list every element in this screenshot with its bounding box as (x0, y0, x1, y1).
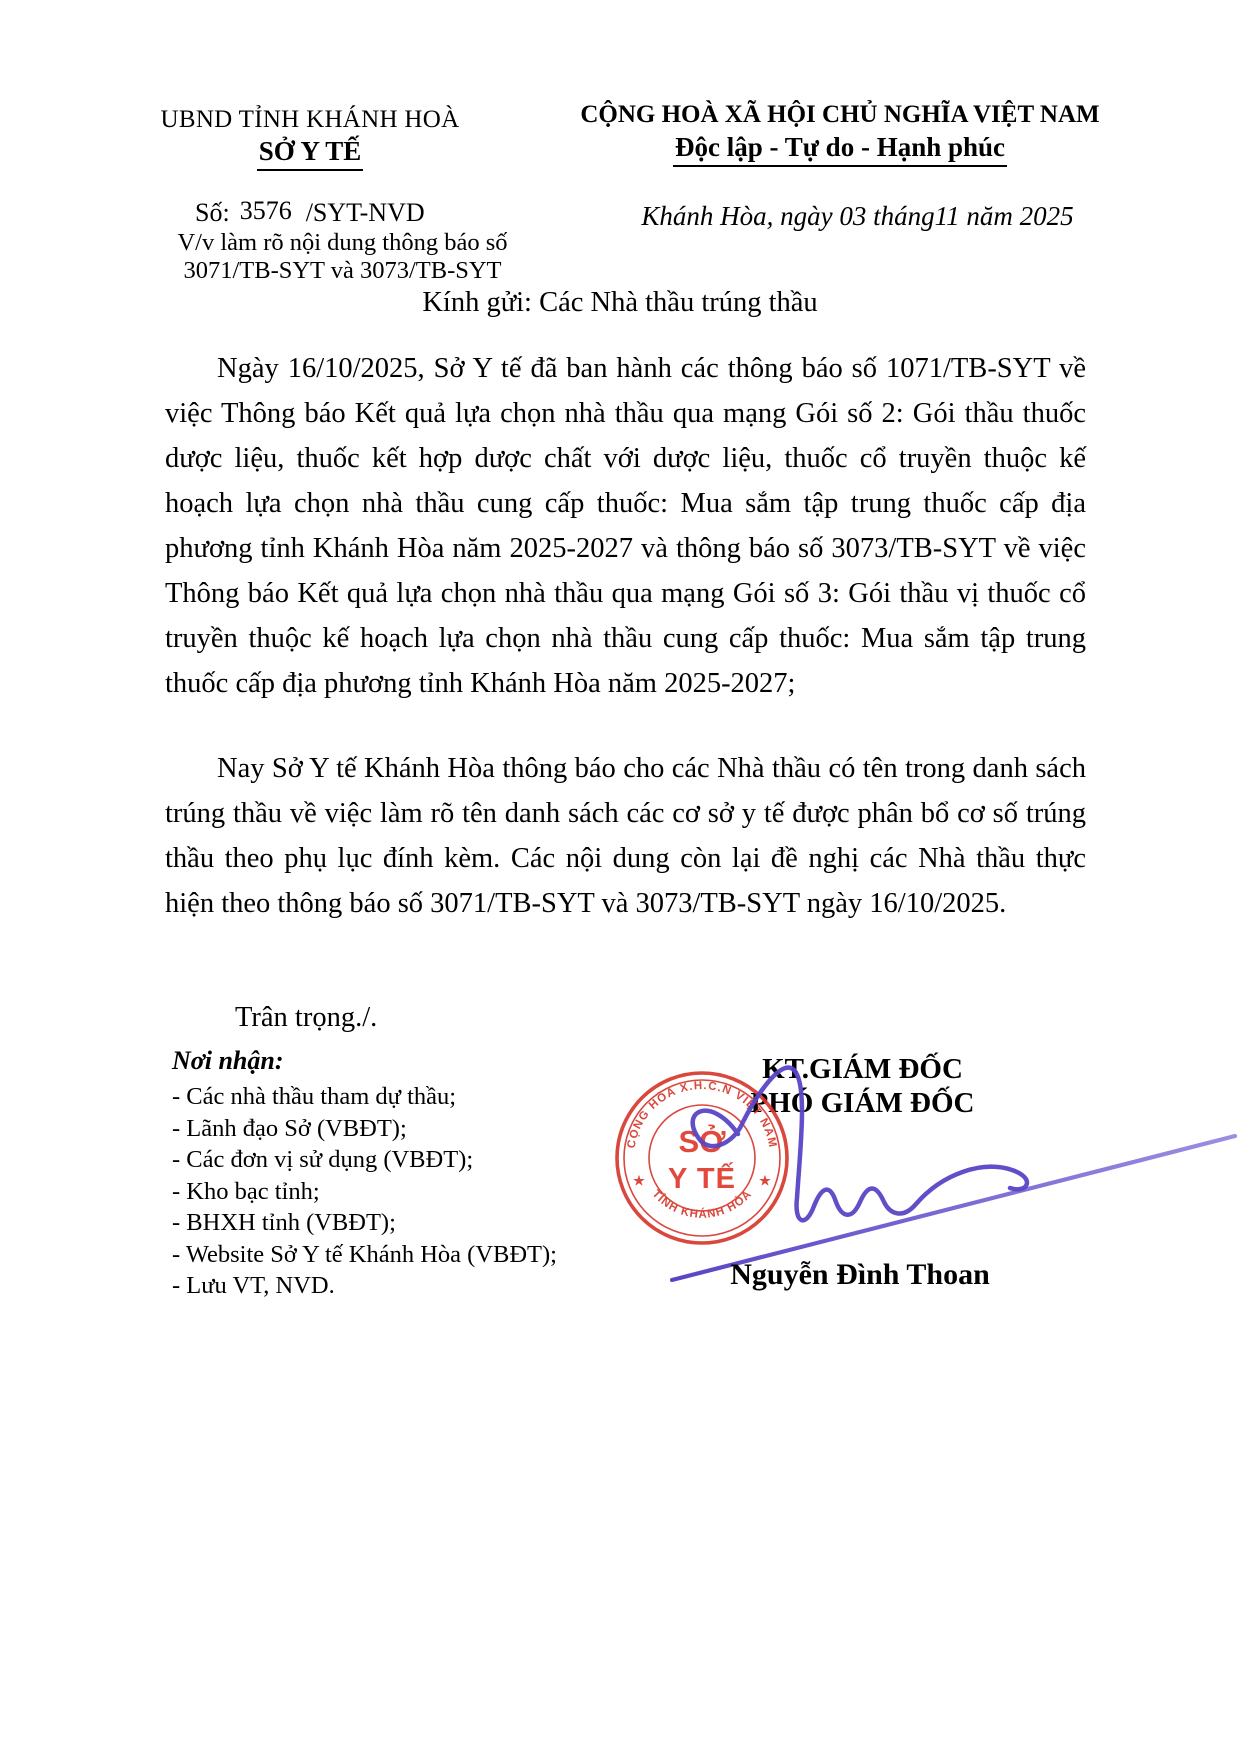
national-motto: Độc lập - Tự do - Hạnh phúc (575, 132, 1105, 167)
body-paragraph-1: Ngày 16/10/2025, Sở Y tế đã ban hành các… (165, 346, 1086, 706)
place-date-line: Khánh Hòa, ngày 03 tháng11 năm 2025 (615, 201, 1100, 232)
document-number-line: Số:3576/SYT-NVD (150, 198, 535, 228)
reference-block: Số:3576/SYT-NVD V/v làm rõ nội dung thôn… (150, 198, 535, 284)
subject-line-2: 3071/TB-SYT và 3073/TB-SYT (150, 257, 535, 284)
recipient-item: - Các nhà thầu tham dự thầu; (172, 1081, 592, 1113)
recipient-item: - Kho bạc tỉnh; (172, 1176, 592, 1208)
national-motto-block: CỘNG HOÀ XÃ HỘI CHỦ NGHĨA VIỆT NAM Độc l… (575, 101, 1105, 167)
handwritten-signature-icon (590, 1050, 1241, 1380)
recipients-label: Nơi nhận: (172, 1046, 592, 1076)
agency-parent-name: UBND TỈNH KHÁNH HOÀ (150, 106, 470, 134)
body-paragraph-2: Nay Sở Y tế Khánh Hòa thông báo cho các … (165, 746, 1086, 926)
letter-body: Ngày 16/10/2025, Sở Y tế đã ban hành các… (165, 346, 1086, 926)
signer-name: Nguyễn Đình Thoan (650, 1258, 1070, 1292)
agency-name: SỞ Y TẾ (150, 136, 470, 171)
document-page: UBND TỈNH KHÁNH HOÀ SỞ Y TẾ CỘNG HOÀ XÃ … (0, 0, 1241, 1755)
salutation: Kính gửi: Các Nhà thầu trúng thầu (160, 287, 1080, 319)
subject-line-1: V/v làm rõ nội dung thông báo số (150, 229, 535, 256)
recipient-item: - BHXH tỉnh (VBĐT); (172, 1207, 592, 1239)
recipient-item: - Lưu VT, NVD. (172, 1270, 592, 1302)
number-label: Số: (195, 198, 230, 227)
recipients-block: Nơi nhận: - Các nhà thầu tham dự thầu; -… (172, 1046, 592, 1302)
recipient-item: - Lãnh đạo Sở (VBĐT); (172, 1113, 592, 1145)
document-number-suffix: /SYT-NVD (306, 198, 425, 227)
national-title: CỘNG HOÀ XÃ HỘI CHỦ NGHĨA VIỆT NAM (575, 101, 1105, 129)
closing-phrase: Trân trọng./. (165, 1002, 377, 1034)
recipient-item: - Các đơn vị sử dụng (VBĐT); (172, 1144, 592, 1176)
recipient-item: - Website Sở Y tế Khánh Hòa (VBĐT); (172, 1239, 592, 1271)
document-number: 3576 (240, 196, 292, 226)
issuing-agency-block: UBND TỈNH KHÁNH HOÀ SỞ Y TẾ (150, 106, 470, 171)
